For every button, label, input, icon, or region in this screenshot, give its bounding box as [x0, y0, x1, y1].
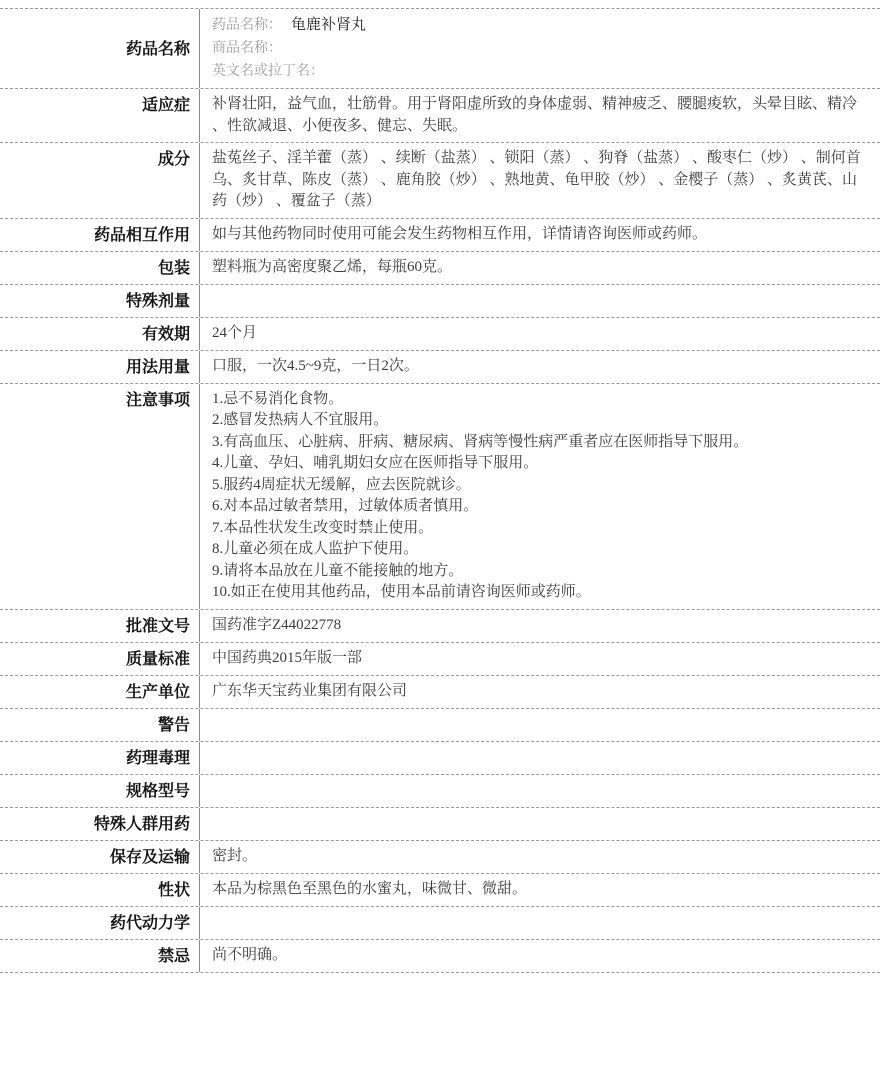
table-row: 成分 盐菟丝子、淫羊藿（蒸） 、续断（盐蒸） 、锁阳（蒸） 、狗脊（盐蒸） 、酸…	[0, 143, 880, 219]
row-label: 注意事项	[0, 384, 200, 609]
table-row: 保存及运输 密封。	[0, 841, 880, 874]
field-label: 英文名或拉丁名：	[212, 64, 324, 79]
row-label: 药理毒理	[0, 742, 200, 774]
notice-item: 6.对本品过敏者禁用，过敏体质者慎用。	[212, 496, 866, 518]
drug-name-line: 药品名称：龟鹿补肾丸	[212, 14, 866, 37]
row-label: 有效期	[0, 318, 200, 350]
table-row: 包装 塑料瓶为高密度聚乙烯，每瓶60克。	[0, 252, 880, 285]
table-row: 禁忌 尚不明确。	[0, 940, 880, 973]
table-row: 特殊剂量	[0, 285, 880, 318]
row-value	[200, 808, 880, 840]
row-label: 保存及运输	[0, 841, 200, 873]
row-label: 特殊剂量	[0, 285, 200, 317]
notice-item: 9.请将本品放在儿童不能接触的地方。	[212, 561, 866, 583]
row-label: 特殊人群用药	[0, 808, 200, 840]
notice-item: 7.本品性状发生改变时禁止使用。	[212, 518, 866, 540]
row-label: 用法用量	[0, 351, 200, 383]
table-row: 注意事项 1.忌不易消化食物。2.感冒发热病人不宜服用。3.有高血压、心脏病、肝…	[0, 384, 880, 610]
row-label: 警告	[0, 709, 200, 741]
field-label: 药品名称：	[212, 18, 282, 33]
table-row: 生产单位 广东华天宝药业集团有限公司	[0, 676, 880, 709]
row-label: 包装	[0, 252, 200, 284]
table-row: 批准文号 国药准字Z44022778	[0, 610, 880, 643]
drug-name-line: 英文名或拉丁名：	[212, 60, 866, 83]
table-row: 特殊人群用药	[0, 808, 880, 841]
drug-info-table: 药品名称 药品名称：龟鹿补肾丸商品名称：英文名或拉丁名： 适应症 补肾壮阳，益气…	[0, 8, 880, 973]
row-label: 药品名称	[0, 9, 200, 88]
notice-item: 8.儿童必须在成人监护下使用。	[212, 539, 866, 561]
notice-item: 3.有高血压、心脏病、肝病、糖尿病、肾病等慢性病严重者应在医师指导下服用。	[212, 432, 866, 454]
notice-item: 5.服药4周症状无缓解，应去医院就诊。	[212, 475, 866, 497]
row-value: 本品为棕黑色至黑色的水蜜丸，味微甘、微甜。	[200, 874, 880, 906]
row-label: 性状	[0, 874, 200, 906]
notice-item: 4.儿童、孕妇、哺乳期妇女应在医师指导下服用。	[212, 453, 866, 475]
table-row: 适应症 补肾壮阳，益气血，壮筋骨。用于肾阳虚所致的身体虚弱、精神疲乏、腰腿痠软，…	[0, 89, 880, 143]
row-value: 口服，一次4.5~9克，一日2次。	[200, 351, 880, 383]
row-label: 质量标准	[0, 643, 200, 675]
row-value: 1.忌不易消化食物。2.感冒发热病人不宜服用。3.有高血压、心脏病、肝病、糖尿病…	[200, 384, 880, 609]
row-label: 禁忌	[0, 940, 200, 972]
row-value: 塑料瓶为高密度聚乙烯，每瓶60克。	[200, 252, 880, 284]
field-value: 龟鹿补肾丸	[291, 17, 366, 33]
notice-item: 2.感冒发热病人不宜服用。	[212, 410, 866, 432]
row-value	[200, 709, 880, 741]
row-value: 国药准字Z44022778	[200, 610, 880, 642]
row-value	[200, 907, 880, 939]
row-value: 如与其他药物同时使用可能会发生药物相互作用，详情请咨询医师或药师。	[200, 219, 880, 251]
table-row: 规格型号	[0, 775, 880, 808]
row-label: 规格型号	[0, 775, 200, 807]
table-row: 药代动力学	[0, 907, 880, 940]
row-value: 补肾壮阳，益气血，壮筋骨。用于肾阳虚所致的身体虚弱、精神疲乏、腰腿痠软，头晕目眩…	[200, 89, 880, 142]
table-row: 药理毒理	[0, 742, 880, 775]
row-value: 24个月	[200, 318, 880, 350]
drug-name-line: 商品名称：	[212, 37, 866, 60]
row-label: 成分	[0, 143, 200, 218]
row-value: 密封。	[200, 841, 880, 873]
row-label: 批准文号	[0, 610, 200, 642]
row-value	[200, 285, 880, 317]
row-value: 药品名称：龟鹿补肾丸商品名称：英文名或拉丁名：	[200, 9, 880, 88]
row-label: 生产单位	[0, 676, 200, 708]
row-value: 广东华天宝药业集团有限公司	[200, 676, 880, 708]
row-label: 药品相互作用	[0, 219, 200, 251]
field-label: 商品名称：	[212, 41, 282, 56]
table-row: 药品名称 药品名称：龟鹿补肾丸商品名称：英文名或拉丁名：	[0, 9, 880, 89]
row-value: 中国药典2015年版一部	[200, 643, 880, 675]
row-label: 药代动力学	[0, 907, 200, 939]
row-value	[200, 742, 880, 774]
notice-item: 1.忌不易消化食物。	[212, 389, 866, 411]
table-row: 有效期 24个月	[0, 318, 880, 351]
table-row: 性状 本品为棕黑色至黑色的水蜜丸，味微甘、微甜。	[0, 874, 880, 907]
row-value: 尚不明确。	[200, 940, 880, 972]
notice-item: 10.如正在使用其他药品，使用本品前请咨询医师或药师。	[212, 582, 866, 604]
table-row: 药品相互作用 如与其他药物同时使用可能会发生药物相互作用，详情请咨询医师或药师。	[0, 219, 880, 252]
row-value	[200, 775, 880, 807]
table-row: 质量标准 中国药典2015年版一部	[0, 643, 880, 676]
table-row: 警告	[0, 709, 880, 742]
drug-info-page: 药品名称 药品名称：龟鹿补肾丸商品名称：英文名或拉丁名： 适应症 补肾壮阳，益气…	[0, 8, 880, 1070]
row-value: 盐菟丝子、淫羊藿（蒸） 、续断（盐蒸） 、锁阳（蒸） 、狗脊（盐蒸） 、酸枣仁（…	[200, 143, 880, 218]
row-label: 适应症	[0, 89, 200, 142]
table-row: 用法用量 口服，一次4.5~9克，一日2次。	[0, 351, 880, 384]
